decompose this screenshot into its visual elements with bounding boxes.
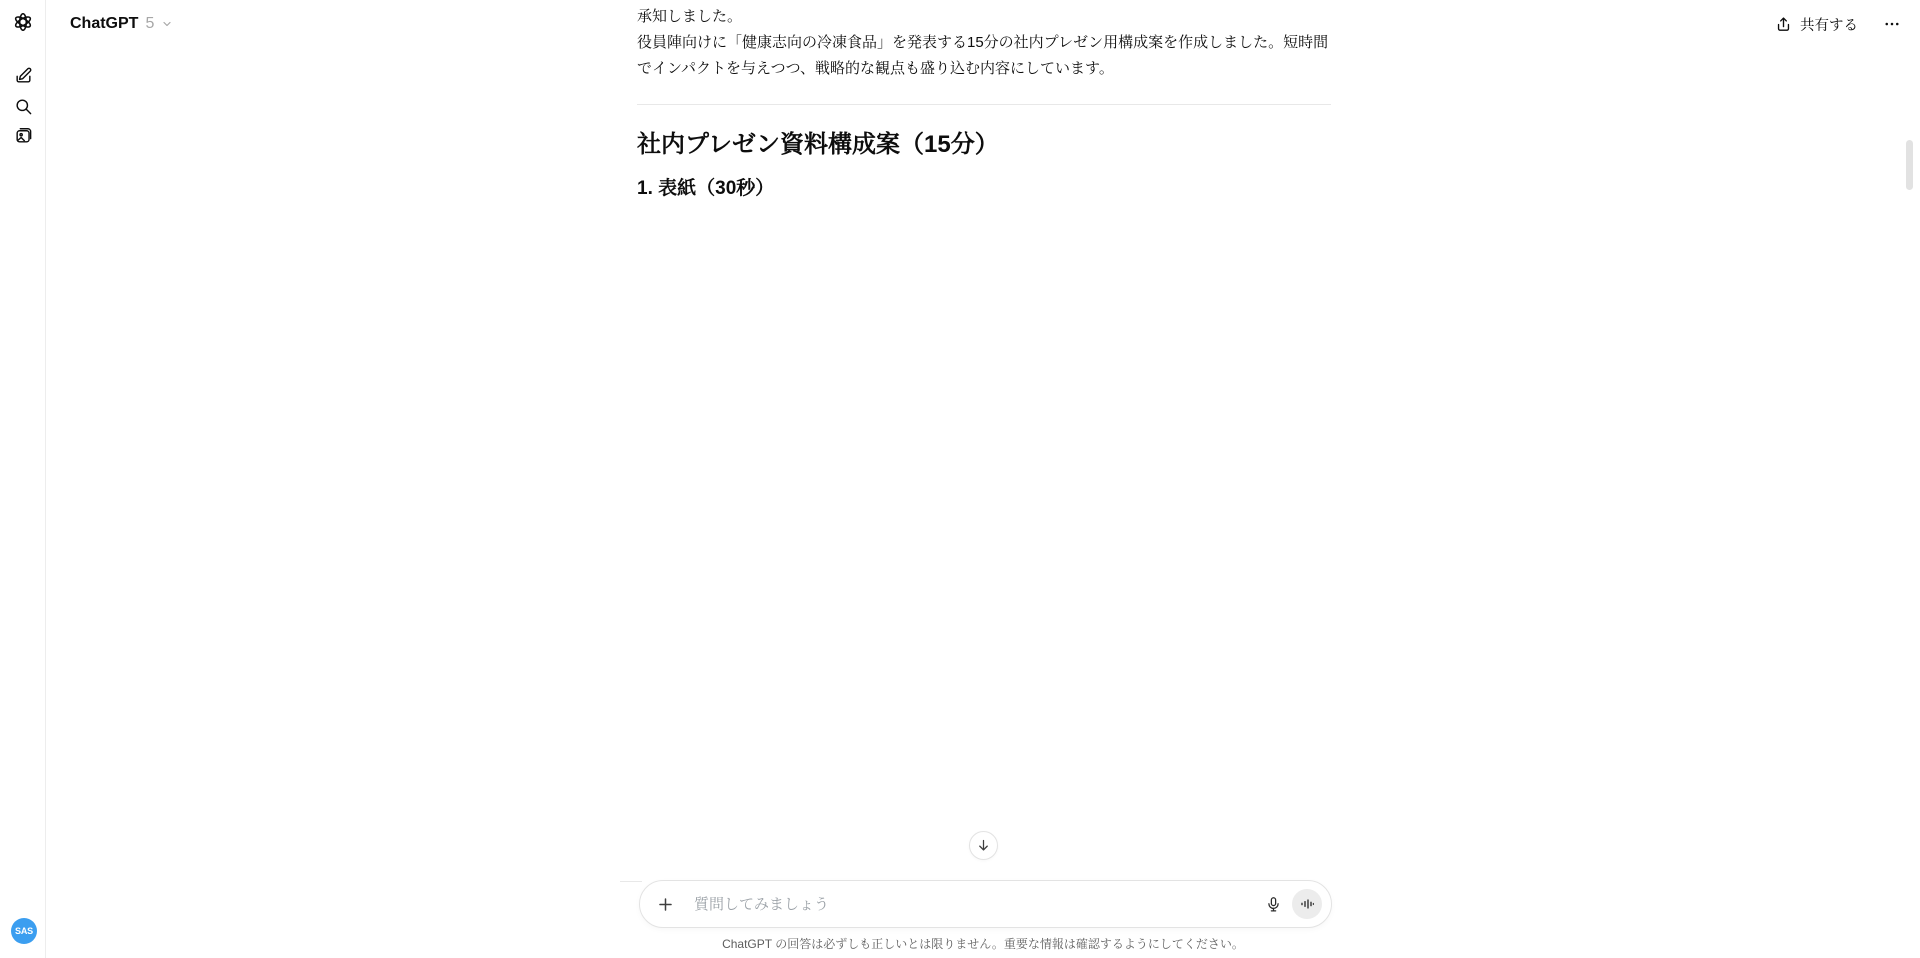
divider	[620, 881, 642, 882]
model-switcher[interactable]: ChatGPT 5	[64, 9, 181, 39]
account-avatar[interactable]: SAS	[11, 918, 37, 944]
search-chats-button[interactable]	[9, 92, 37, 120]
openai-logo-button[interactable]	[9, 8, 37, 36]
ellipsis-icon	[1883, 15, 1901, 33]
dictate-button[interactable]	[1258, 889, 1288, 919]
microphone-icon	[1265, 896, 1282, 913]
openai-logo-icon	[12, 11, 34, 33]
chevron-down-icon	[161, 18, 173, 30]
share-label: 共有する	[1800, 14, 1858, 35]
library-icon	[14, 126, 33, 145]
outline-sections: 1. 表紙（30秒）	[637, 177, 1331, 201]
disclaimer-text: ChatGPT の回答は必ずしも正しいとは限りません。重要な情報は確認するように…	[46, 935, 1920, 952]
sidebar: SAS	[0, 0, 46, 958]
model-version: 5	[145, 15, 154, 33]
voice-mode-button[interactable]	[1292, 889, 1322, 919]
section-heading: 1. 表紙（30秒）	[637, 177, 1331, 201]
header-actions: 共有する	[1765, 8, 1908, 40]
new-chat-button[interactable]	[9, 61, 37, 89]
message-input[interactable]	[694, 889, 1250, 919]
app-title: ChatGPT	[70, 15, 138, 33]
library-button[interactable]	[9, 121, 37, 149]
attach-button[interactable]	[650, 889, 680, 919]
search-icon	[14, 97, 33, 116]
assistant-message: 承知しました。 役員陣向けに「健康志向の冷凍食品」を発表する15分の社内プレゼン…	[637, 0, 1331, 201]
scrollbar-thumb[interactable]	[1906, 140, 1913, 190]
share-icon	[1775, 16, 1792, 33]
scroll-to-bottom-button[interactable]	[969, 831, 998, 860]
composer	[639, 880, 1332, 928]
share-button[interactable]: 共有する	[1765, 8, 1868, 40]
divider	[637, 104, 1331, 105]
arrow-down-icon	[976, 838, 991, 853]
message-paragraph: 承知しました。	[637, 4, 1331, 30]
message-paragraph: 役員陣向けに「健康志向の冷凍食品」を発表する15分の社内プレゼン用構成案を作成し…	[637, 30, 1331, 82]
conversation-options-button[interactable]	[1876, 8, 1908, 40]
document-title: 社内プレゼン資料構成案（15分）	[637, 129, 1331, 161]
waveform-icon	[1299, 896, 1315, 912]
plus-icon	[656, 895, 675, 914]
new-chat-icon	[14, 66, 33, 85]
